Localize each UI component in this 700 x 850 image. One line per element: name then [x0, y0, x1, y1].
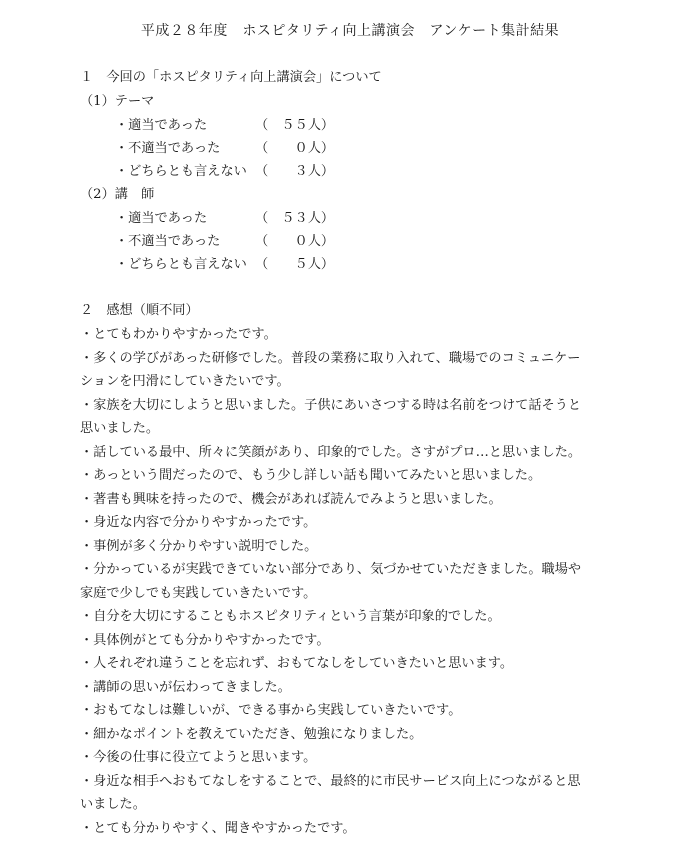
option-count: （ ０人） — [255, 140, 334, 158]
comment-line: ・細かなポイントを教えていただき、勉強になりました。 — [80, 726, 422, 744]
comment-line: ・家族を大切にしようと思いました。子供にあいさつする時は名前をつけて話そうと — [80, 397, 581, 415]
theme-option-neutral: ・どちらとも言えない（ ３人） — [115, 163, 334, 181]
option-label: ・適当であった — [115, 117, 255, 135]
lecturer-option-inappropriate: ・不適当であった（ ０人） — [115, 233, 334, 251]
comment-line: ・とてもわかりやすかったです。 — [80, 326, 277, 344]
comment-line: ・自分を大切にすることもホスピタリティという言葉が印象的でした。 — [80, 608, 501, 626]
comment-line: ・具体例がとても分かりやすかったです。 — [80, 632, 330, 650]
option-count: （ ３人） — [255, 163, 334, 181]
comment-line: ・今後の仕事に役立てようと思います。 — [80, 749, 316, 767]
option-count: （ ５５人） — [255, 117, 334, 135]
comment-line: ・講師の思いが伝わってきました。 — [80, 679, 291, 697]
comment-line: ・身近な相手へおもてなしをすることで、最終的に市民サービス向上につながると思 — [80, 773, 581, 791]
option-count: （ ０人） — [255, 233, 334, 251]
option-count: （ ５人） — [255, 256, 334, 274]
comment-line: ・とても分かりやすく、聞きやすかったです。 — [80, 820, 356, 838]
comment-line: ・事例が多く分かりやすい説明でした。 — [80, 538, 317, 556]
document-title: 平成２８年度 ホスピタリティ向上講演会 アンケート集計結果 — [0, 20, 700, 40]
comment-line: ・身近な内容で分かりやすかったです。 — [80, 514, 316, 532]
comment-line: ・多くの学びがあった研修でした。普段の業務に取り入れて、職場でのコミュニケー — [80, 350, 580, 368]
comment-line: ・分かっているが実践できていない部分であり、気づかせていただきました。職場や — [80, 561, 581, 579]
comment-line: ・あっという間だったので、もう少し詳しい話も聞いてみたいと思いました。 — [80, 467, 541, 485]
subsection-theme-heading: （1）テーマ — [80, 93, 154, 111]
subsection-lecturer-heading: （2）講 師 — [80, 186, 154, 204]
comment-line: ・話している最中、所々に笑顔があり、印象的でした。さすがプロ…と思いました。 — [80, 444, 581, 462]
lecturer-option-neutral: ・どちらとも言えない（ ５人） — [115, 256, 334, 274]
comment-line: ・おもてなしは難しいが、できる事から実践していきたいです。 — [80, 702, 461, 720]
option-label: ・不適当であった — [115, 233, 255, 251]
comment-line: 思いました。 — [80, 420, 159, 438]
option-label: ・不適当であった — [115, 140, 255, 158]
comment-line: ・人それぞれ違うことを忘れず、おもてなしをしていきたいと思います。 — [80, 655, 513, 673]
option-count: （ ５３人） — [255, 210, 334, 228]
theme-option-appropriate: ・適当であった（ ５５人） — [115, 117, 334, 135]
lecturer-option-appropriate: ・適当であった（ ５３人） — [115, 210, 334, 228]
option-label: ・適当であった — [115, 210, 255, 228]
comment-line: ションを円滑にしていきたいです。 — [80, 373, 290, 391]
survey-results-page: 平成２８年度 ホスピタリティ向上講演会 アンケート集計結果 １ 今回の「ホスピタ… — [0, 0, 700, 850]
theme-option-inappropriate: ・不適当であった（ ０人） — [115, 140, 334, 158]
option-label: ・どちらとも言えない — [115, 256, 255, 274]
comment-line: 家庭で少しでも実践していきたいです。 — [80, 585, 316, 603]
section2-heading: ２ 感想（順不同） — [80, 302, 199, 320]
section1-heading: １ 今回の「ホスピタリティ向上講演会」について — [80, 69, 382, 87]
option-label: ・どちらとも言えない — [115, 163, 255, 181]
comment-line: いました。 — [80, 796, 146, 814]
comment-line: ・著書も興味を持ったので、機会があれば読んでみようと思いました。 — [80, 491, 502, 509]
